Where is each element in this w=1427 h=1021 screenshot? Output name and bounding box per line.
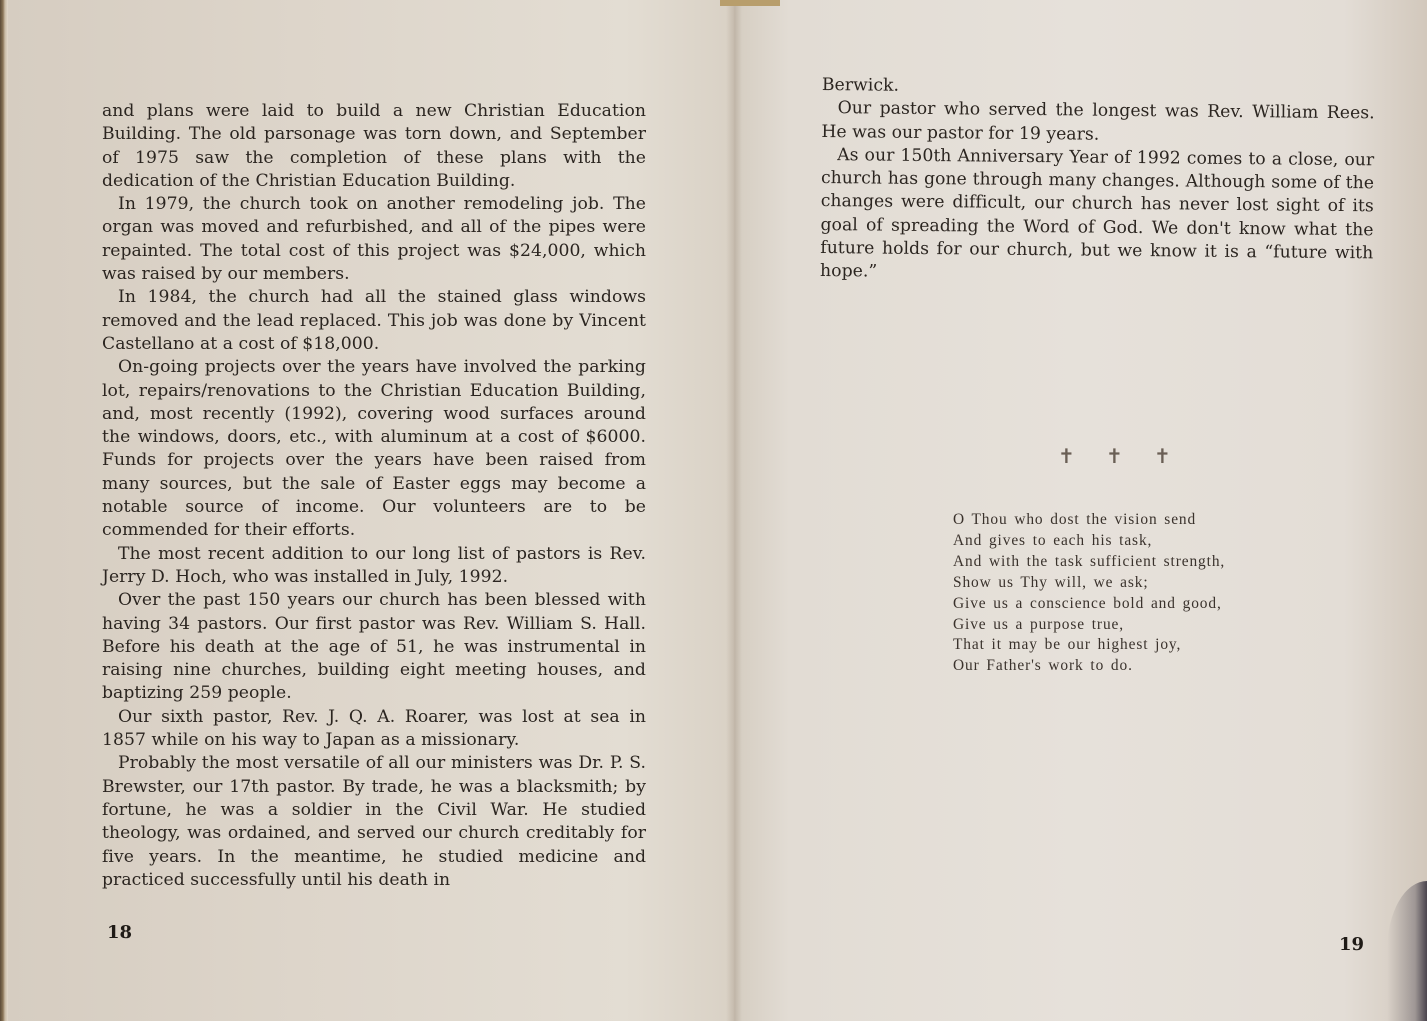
poem-line: And with the task sufficient strength, xyxy=(953,552,1273,573)
paragraph: In 1984, the church had all the stained … xyxy=(102,286,646,356)
right-page-body: Berwick. Our pastor who served the longe… xyxy=(820,74,1375,289)
book-edge xyxy=(0,0,8,1021)
poem-line: Give us a conscience bold and good, xyxy=(953,594,1273,615)
poem-line: That it may be our highest joy, xyxy=(953,635,1273,656)
page-number-right: 19 xyxy=(1339,934,1364,955)
paragraph: Over the past 150 years our church has b… xyxy=(102,589,646,705)
paragraph: Our pastor who served the longest was Re… xyxy=(821,97,1374,149)
paragraph: and plans were laid to build a new Chris… xyxy=(102,100,646,193)
binding-edge xyxy=(720,0,780,6)
hymn-verse: O Thou who dost the vision send And give… xyxy=(953,510,1273,677)
page-number-left: 18 xyxy=(107,922,132,943)
cross-icon: ✝ xyxy=(1106,444,1120,468)
open-book-spread: and plans were laid to build a new Chris… xyxy=(0,0,1427,1021)
left-page-body: and plans were laid to build a new Chris… xyxy=(102,100,646,892)
paragraph: On-going projects over the years have in… xyxy=(102,356,646,542)
paragraph: In 1979, the church took on another remo… xyxy=(102,193,646,286)
paragraph: The most recent addition to our long lis… xyxy=(102,543,646,590)
poem-line: And gives to each his task, xyxy=(953,531,1273,552)
poem-line: O Thou who dost the vision send xyxy=(953,510,1273,531)
paragraph: Probably the most versatile of all our m… xyxy=(102,752,646,892)
poem-line: Give us a purpose true, xyxy=(953,615,1273,636)
cross-ornament: ✝ ✝ ✝ xyxy=(1058,444,1168,468)
poem-line: Our Father's work to do. xyxy=(953,656,1273,677)
poem-line: Show us Thy will, we ask; xyxy=(953,573,1273,594)
paragraph: Our sixth pastor, Rev. J. Q. A. Roarer, … xyxy=(102,706,646,753)
paragraph: As our 150th Anniversary Year of 1992 co… xyxy=(820,144,1374,289)
cross-icon: ✝ xyxy=(1058,444,1072,468)
book-gutter xyxy=(726,0,742,1021)
cross-icon: ✝ xyxy=(1154,444,1168,468)
